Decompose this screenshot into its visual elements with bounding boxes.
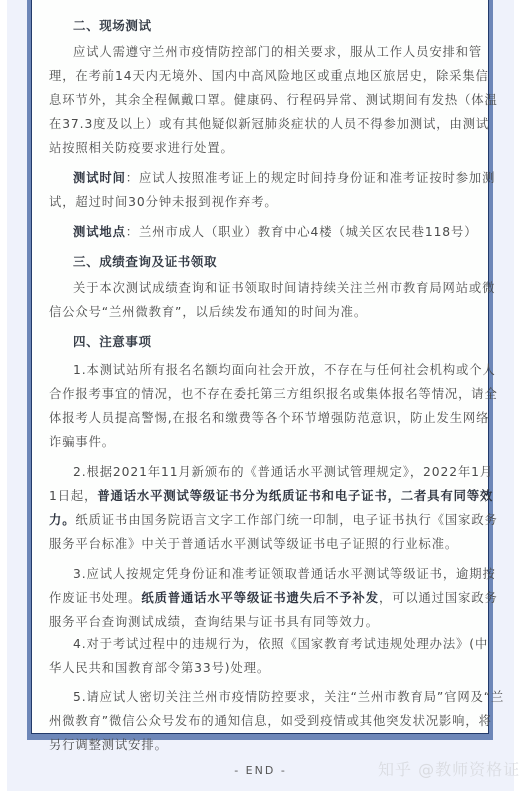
paragraph-line: 力。纸质证书由国务院语言文字工作部门统一印制，电子证书执行《国家政务 (49, 510, 498, 528)
paragraph-line: 息环节外，其余全程佩戴口罩。健康码、行程码异常、测试期间有发热（体温 (49, 90, 498, 108)
notice-paper: 二、现场测试 应试人需遵守兰州市疫情防控部门的相关要求，服从工作人员安排和管 理… (32, 0, 488, 733)
paragraph-line: 1日起，普通话水平测试等级证书分为纸质证书和电子证书，二者具有同等效 (49, 486, 493, 504)
paragraph-line: 站按照相关防疫要求进行处置。 (49, 138, 234, 156)
bold-text: 普通话水平测试等级证书分为纸质证书和电子证书，二者具有同等效 (97, 489, 493, 503)
paragraph-line: 1.本测试站所有报名名额均面向社会开放，不存在与任何社会机构或个人 (73, 360, 496, 378)
section-heading-results: 三、成绩查询及证书领取 (73, 252, 217, 270)
test-place-text: ：兰州市成人（职业）教育中心4楼（城关区农民巷118号） (126, 225, 478, 239)
paragraph-line: 5.请应试人密切关注兰州市疫情防控要求，关注“兰州市教育局”官网及“兰 (73, 687, 504, 705)
paragraph-line: 合作报考事宜的情况，也不存在委托第三方组织报名或集体报名等情况，请全 (49, 384, 498, 402)
bold-text: 力。 (49, 513, 75, 527)
frame-inner-border: 二、现场测试 应试人需遵守兰州市疫情防控部门的相关要求，服从工作人员安排和管 理… (31, 0, 489, 734)
text-span: ，可以通过国家政务 (379, 591, 498, 605)
paragraph-line: 服务平台标准》中关于普通话水平测试等级证书电子证照的行业标准。 (49, 534, 458, 552)
notice-frame: 二、现场测试 应试人需遵守兰州市疫情防控部门的相关要求，服从工作人员安排和管 理… (27, 0, 493, 740)
text-span: 1日起， (49, 489, 97, 503)
paragraph-line: 应试人需遵守兰州市疫情防控部门的相关要求，服从工作人员安排和管 (73, 42, 482, 60)
paragraph-line: 信公众号“兰州微教育”，以后续发布通知的时间为准。 (49, 302, 367, 320)
paragraph-line: 在37.3度及以上）或有其他疑似新冠肺炎症状的人员不得参加测试，由测试 (49, 114, 489, 132)
section-heading-on-site-test: 二、现场测试 (73, 16, 152, 34)
paragraph-line: 体报考人员提高警惕,在报名和缴费等各个环节增强防范意识，防止发生网络 (49, 408, 489, 426)
test-time-label: 测试时间 (73, 171, 126, 185)
test-time-text: ：应试人按照准考证上的规定时间持身份证和准考证按时参加测 (126, 171, 496, 185)
test-time-line: 测试时间：应试人按照准考证上的规定时间持身份证和准考证按时参加测 (73, 168, 495, 186)
paragraph-line: 4.对于考试过程中的违规行为，依照《国家教育考试违规处理办法》(中 (73, 634, 488, 652)
text-span: 作废证书处理。 (49, 591, 141, 605)
paragraph-line: 2.根据2021年11月新颁布的《普通话水平测试管理规定》，2022年1月 (73, 462, 493, 480)
paragraph-line: 另行调整测试安排。 (49, 735, 168, 753)
test-place-line: 测试地点：兰州市成人（职业）教育中心4楼（城关区农民巷118号） (73, 222, 477, 240)
paragraph-line: 华人民共和国教育部令第33号)处理。 (49, 658, 270, 676)
paragraph-line: 3.应试人按规定凭身份证和准考证领取普通话水平测试等级证书，逾期按 (73, 564, 496, 582)
paragraph-line: 作废证书处理。纸质普通话水平等级证书遗失后不予补发，可以通过国家政务 (49, 588, 498, 606)
section-heading-notes: 四、注意事项 (73, 332, 152, 350)
paragraph-line: 关于本次测试成绩查询和证书领取时间请持续关注兰州市教育局网站或微 (73, 278, 495, 296)
watermark: 知乎 @教师资格证 (378, 757, 520, 780)
paragraph-line: 州微教育”微信公众号发布的通知信息，如受到疫情或其他突发状况影响，将 (49, 711, 492, 729)
bold-text: 纸质普通话水平等级证书遗失后不予补发 (141, 591, 379, 605)
text-span: 纸质证书由国务院语言文字工作部门统一印制，电子证书执行《国家政务 (75, 513, 497, 527)
paragraph-line: 服务平台查询测试成绩，查询结果与证书具有同等效力。 (49, 612, 379, 630)
paragraph-line: 试，超过时间30分钟未报到视作弃考。 (49, 192, 278, 210)
paragraph-line: 理，在考前14天内无境外、国内中高风险地区或重点地区旅居史，除采集信 (49, 66, 489, 84)
test-place-label: 测试地点 (73, 225, 126, 239)
paragraph-line: 诈骗事件。 (49, 432, 115, 450)
